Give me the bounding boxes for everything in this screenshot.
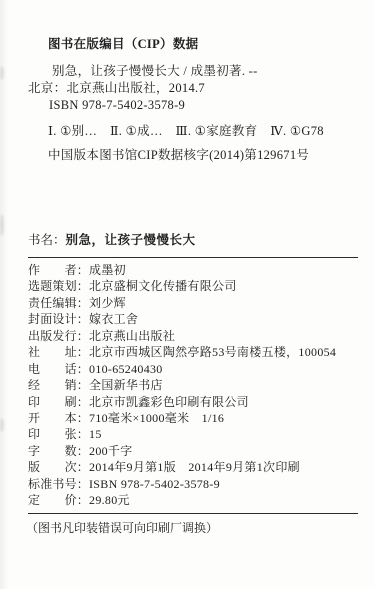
detail-value: 010-65240430 [89, 362, 163, 376]
cip-record-publisher-line: 北京：北京燕山出版社，2014.7 [28, 80, 359, 97]
detail-label: 社 址： [28, 345, 89, 359]
detail-row: 作 者：成墨初 [28, 262, 365, 278]
detail-row: 开 本：710毫米×1000毫米 1/16 [28, 410, 365, 426]
detail-value: 北京燕山出版社 [89, 329, 175, 343]
detail-label: 印 刷： [28, 395, 89, 409]
detail-value: 710毫米×1000毫米 1/16 [89, 411, 224, 425]
exchange-note: （图书凡印装错误可向印刷厂调换） [26, 520, 365, 537]
scan-artifact [0, 214, 4, 236]
detail-value: 北京盛桐文化传播有限公司 [89, 279, 237, 293]
book-title-row: 书名：别急，让孩子慢慢长大 [28, 232, 357, 249]
detail-row: 社 址：北京市西城区陶然亭路53号南楼五楼，100054 [28, 344, 365, 360]
detail-row: 出版发行：北京燕山出版社 [28, 328, 365, 344]
detail-label: 字 数： [28, 444, 89, 458]
detail-label: 开 本： [28, 411, 89, 425]
detail-row: 印 刷：北京市凯鑫彩色印刷有限公司 [28, 394, 365, 410]
cip-classification-line: Ⅰ. ①别… Ⅱ. ①成… Ⅲ. ①家庭教育 Ⅳ. ①G78 [28, 123, 359, 140]
divider-rule-bottom [28, 513, 358, 514]
detail-label: 电 话： [28, 362, 89, 376]
cip-verification-line: 中国版本图书馆CIP数据核字(2014)第129671号 [28, 147, 359, 164]
detail-row: 经 销：全国新华书店 [28, 377, 365, 393]
detail-value: 200千字 [89, 444, 133, 458]
detail-value: 29.80元 [89, 493, 130, 507]
cip-header: 图书在版编目（CIP）数据 [28, 36, 359, 53]
detail-value: 全国新华书店 [89, 378, 163, 392]
cip-data-block: 图书在版编目（CIP）数据 别急，让孩子慢慢长大 / 成墨初著. -- 北京：北… [28, 36, 359, 164]
detail-value: 成墨初 [89, 263, 126, 277]
detail-label: 印 张： [28, 427, 89, 441]
detail-label: 封面设计： [28, 312, 89, 326]
detail-row: 选题策划：北京盛桐文化传播有限公司 [28, 278, 365, 294]
detail-row: 电 话：010-65240430 [28, 361, 365, 377]
divider-rule-top [28, 257, 358, 258]
book-copyright-page: 图书在版编目（CIP）数据 别急，让孩子慢慢长大 / 成墨初著. -- 北京：北… [0, 0, 375, 589]
detail-label: 定 价： [28, 493, 89, 507]
publication-details-list: 作 者：成墨初 选题策划：北京盛桐文化传播有限公司 责任编辑：刘少辉 封面设计：… [28, 262, 365, 509]
detail-value: 北京市凯鑫彩色印刷有限公司 [89, 395, 249, 409]
scan-artifact [0, 66, 4, 80]
detail-label: 经 销： [28, 378, 89, 392]
detail-value: 15 [89, 427, 102, 441]
book-title-label: 书名： [28, 233, 66, 247]
detail-label: 出版发行： [28, 329, 89, 343]
detail-value: ISBN 978-7-5402-3578-9 [89, 477, 220, 491]
book-title-value: 别急，让孩子慢慢长大 [66, 233, 196, 247]
cip-record-isbn-line: ISBN 978-7-5402-3578-9 [28, 97, 359, 114]
detail-value: 嫁衣工舍 [89, 312, 138, 326]
detail-row: 责任编辑：刘少辉 [28, 295, 365, 311]
detail-label: 版 次： [28, 460, 89, 474]
detail-row: 字 数：200千字 [28, 443, 365, 459]
detail-label: 选题策划： [28, 279, 89, 293]
detail-value: 刘少辉 [89, 296, 126, 310]
detail-row: 定 价：29.80元 [28, 492, 365, 508]
detail-row: 印 张：15 [28, 426, 365, 442]
detail-row: 标准书号：ISBN 978-7-5402-3578-9 [28, 476, 365, 492]
detail-value: 北京市西城区陶然亭路53号南楼五楼，100054 [89, 345, 336, 359]
detail-value: 2014年9月第1版 2014年9月第1次印刷 [89, 460, 300, 474]
detail-label: 作 者： [28, 263, 89, 277]
scan-artifact [0, 418, 4, 432]
detail-row: 版 次：2014年9月第1版 2014年9月第1次印刷 [28, 459, 365, 475]
detail-label: 标准书号： [28, 477, 89, 491]
detail-label: 责任编辑： [28, 296, 89, 310]
detail-row: 封面设计：嫁衣工舍 [28, 311, 365, 327]
cip-record-title-line: 别急，让孩子慢慢长大 / 成墨初著. -- [28, 63, 359, 80]
